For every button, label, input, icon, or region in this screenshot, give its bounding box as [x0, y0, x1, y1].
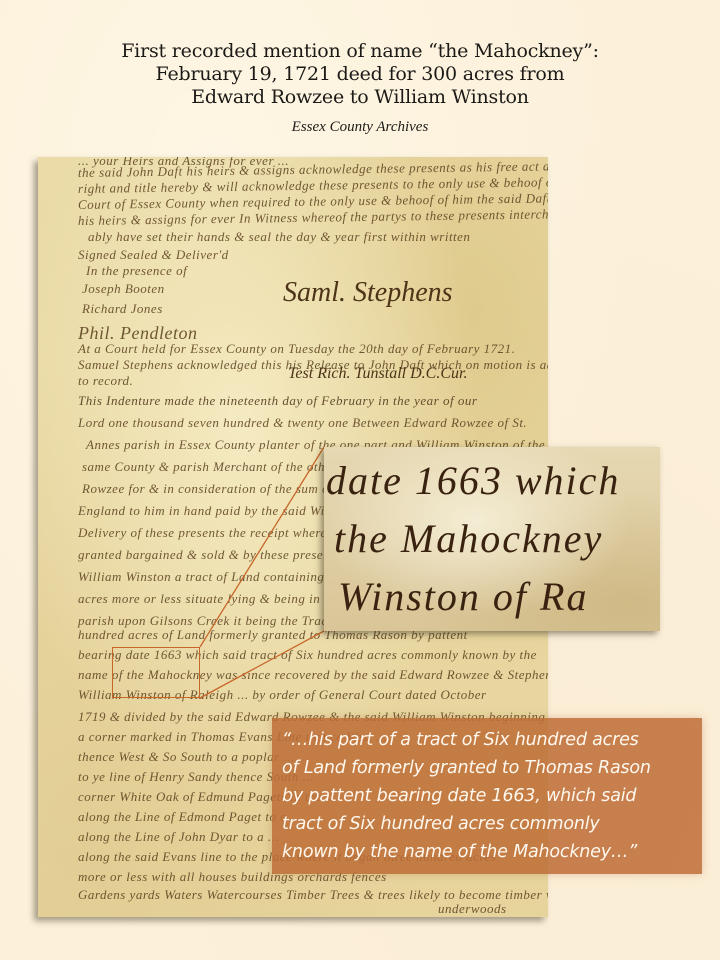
source-caption: Essex County Archives: [0, 119, 720, 136]
handwriting-line: Lord one thousand seven hundred & twenty…: [78, 415, 527, 431]
handwriting-line: Signed Sealed & Deliver'd: [78, 247, 229, 263]
transcription-quote-box: “…his part of a tract of Six hundred acr…: [272, 718, 702, 874]
handwriting-line: along the Line of Edmond Paget to a ...: [78, 809, 302, 825]
inset-line-3: Winston of Ra: [338, 573, 588, 620]
handwriting-line: ably have set their hands & seal the day…: [88, 229, 470, 245]
quote-line-1: “…his part of a tract of Six hundred acr…: [282, 726, 692, 754]
quote-line-2: of Land formerly granted to Thomas Rason: [282, 754, 692, 782]
quote-line-3: by pattent bearing date 1663, which said: [282, 782, 692, 810]
quote-line-5: known by the name of the Mahockney…”: [282, 838, 692, 866]
handwriting-line: thence West & So South to a poplar ...: [78, 749, 295, 765]
handwriting-line: At a Court held for Essex County on Tues…: [78, 341, 515, 357]
title-line-1: First recorded mention of name “the Maho…: [0, 40, 720, 63]
magnified-inset: date 1663 which the Mahockney Winston of…: [324, 447, 660, 631]
title-line-3: Edward Rowzee to William Winston: [0, 86, 720, 109]
handwriting-line: Richard Jones: [82, 301, 163, 317]
handwriting-line: underwoods: [438, 901, 507, 917]
inset-line-2: the Mahockney: [334, 515, 603, 562]
handwriting-line: This Indenture made the nineteenth day o…: [78, 393, 477, 409]
quote-line-4: tract of Six hundred acres commonly: [282, 810, 692, 838]
handwriting-line: Joseph Booten: [82, 281, 165, 297]
clerk-attestation: Test Rich. Tunstall D.C.Cur.: [288, 365, 467, 383]
signature: Saml. Stephens: [283, 277, 453, 309]
handwriting-line: along the Line of John Dyar to a ...: [78, 829, 279, 845]
title-line-2: February 19, 1721 deed for 300 acres fro…: [0, 63, 720, 86]
header: First recorded mention of name “the Maho…: [0, 8, 720, 136]
handwriting-line: to record.: [78, 373, 133, 389]
handwriting-line: In the presence of: [86, 263, 187, 279]
inset-line-1: date 1663 which: [326, 457, 620, 504]
highlight-rectangle: [112, 647, 200, 698]
